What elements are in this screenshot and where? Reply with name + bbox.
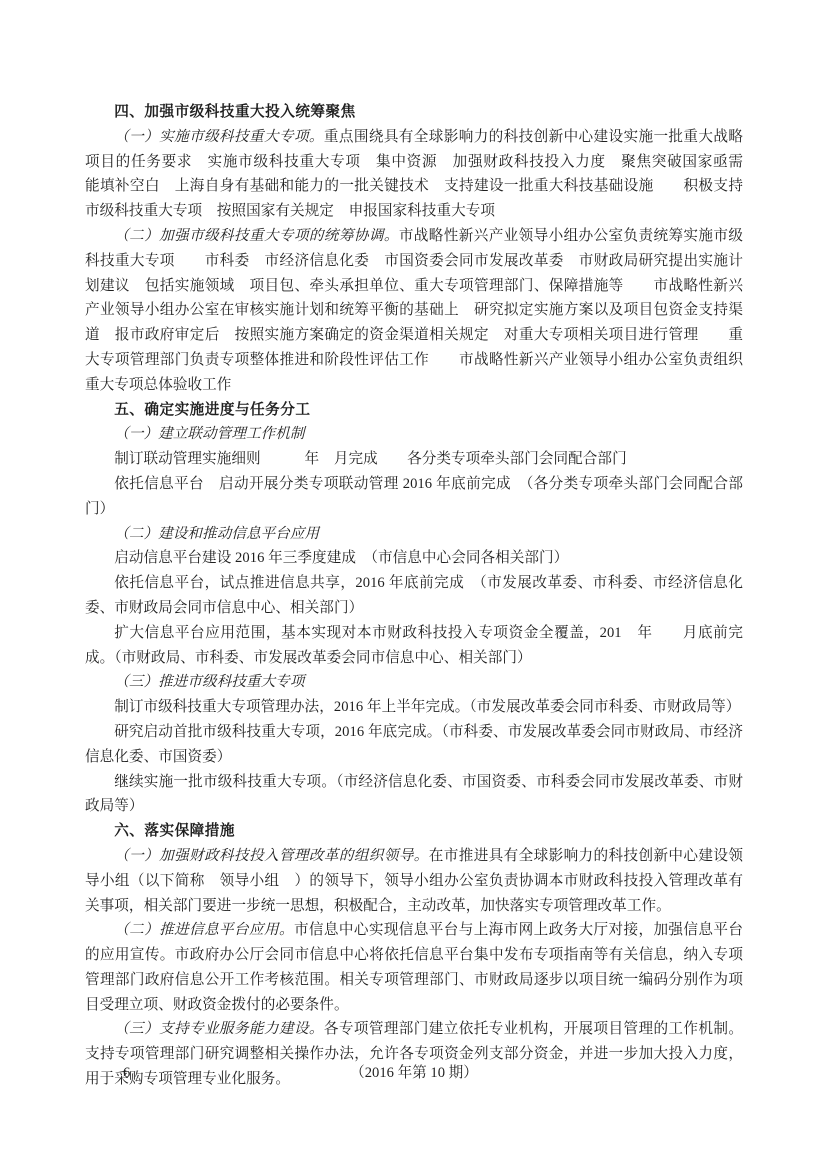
document-body: 四、加强市级科技重大投入统筹聚焦（一）实施市级科技重大专项。重点围绕具有全球影响… [85, 100, 743, 1092]
paragraph: 启动信息平台建设 2016 年三季度建成 （市信息中心会同各相关部门） [85, 546, 743, 571]
paragraph-lead: （三）支持专业服务能力建设。 [114, 1021, 324, 1037]
section-heading: 六、落实保障措施 [85, 819, 743, 844]
paragraph: 制订市级科技重大专项管理办法，2016 年上半年完成。（市发展改革委会同市科委、… [85, 695, 743, 720]
paragraph: （二）加强市级科技重大专项的统筹协调。市战略性新兴产业领导小组办公室负责统筹实施… [85, 224, 743, 398]
paragraph-lead: （一）实施市级科技重大专项。 [114, 129, 324, 145]
paragraph: 依托信息平台，试点推进信息共享，2016 年底前完成 （市发展改革委、市科委、市… [85, 571, 743, 621]
paragraph: 研究启动首批市级科技重大专项，2016 年底完成。（市科委、市发展改革委会同市财… [85, 720, 743, 770]
section-heading: 五、确定实施进度与任务分工 [85, 398, 743, 423]
page-footer: 6 （2016 年第 10 期） [85, 1061, 743, 1087]
sub-heading: （三）推进市级科技重大专项 [85, 670, 743, 695]
paragraph-lead: （二）推进信息平台应用。 [114, 922, 294, 938]
section-heading: 四、加强市级科技重大投入统筹聚焦 [85, 100, 743, 125]
document-page: 四、加强市级科技重大投入统筹聚焦（一）实施市级科技重大专项。重点围绕具有全球影响… [0, 0, 827, 1170]
paragraph: 制订联动管理实施细则 年 月完成 各分类专项牵头部门会同配合部门 [85, 447, 743, 472]
paragraph-lead: （一）加强财政科技投入管理改革的组织领导。 [114, 848, 429, 864]
paragraph: 依托信息平台 启动开展分类专项联动管理 2016 年底前完成 （各分类专项牵头部… [85, 472, 743, 522]
paragraph: （二）推进信息平台应用。市信息中心实现信息平台与上海市网上政务大厅对接，加强信息… [85, 918, 743, 1017]
paragraph: 扩大信息平台应用范围，基本实现对本市财政科技投入专项资金全覆盖，201 年 月底… [85, 621, 743, 671]
sub-heading: （一）建立联动管理工作机制 [85, 422, 743, 447]
sub-heading: （二）建设和推动信息平台应用 [85, 522, 743, 547]
paragraph: （一）实施市级科技重大专项。重点围绕具有全球影响力的科技创新中心建设实施一批重大… [85, 125, 743, 224]
paragraph: （一）加强财政科技投入管理改革的组织领导。在市推进具有全球影响力的科技创新中心建… [85, 844, 743, 918]
paragraph: 继续实施一批市级科技重大专项。（市经济信息化委、市国资委、市科委会同市发展改革委… [85, 770, 743, 820]
paragraph-lead: （二）加强市级科技重大专项的统筹协调。 [114, 228, 399, 244]
issue-label: （2016 年第 10 期） [85, 1061, 743, 1086]
